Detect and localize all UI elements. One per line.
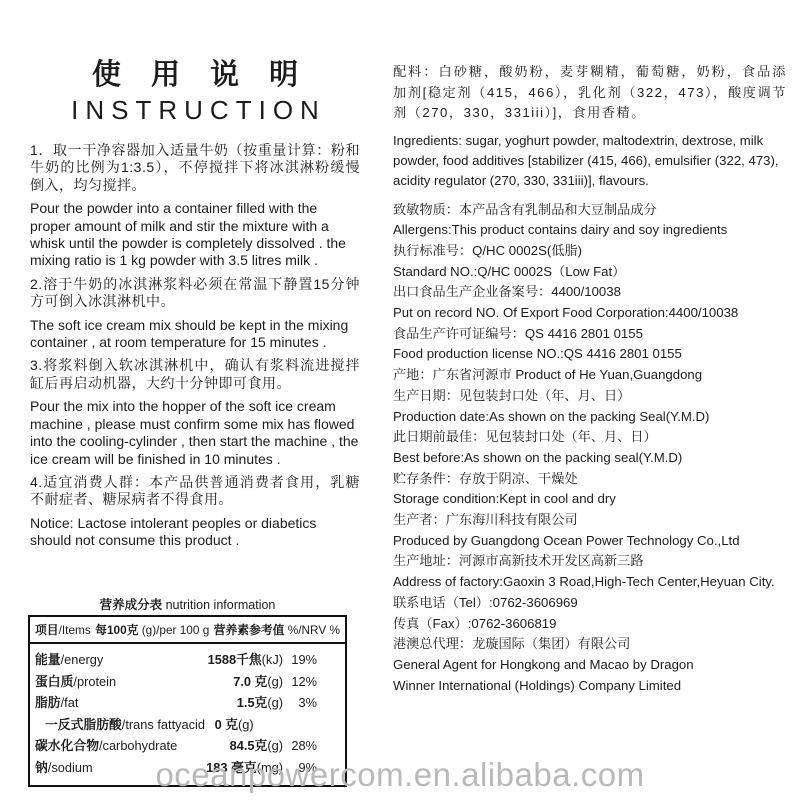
header-per-100g: 每100克 (g)/per 100 g: [95, 621, 209, 638]
table-row-carbohydrate: 碳水化合物/carbohydrate 84.5克(g) 28%: [35, 735, 341, 757]
detail-line-proddate-cn: 生产日期：见包装封口处（年、月、日）: [393, 386, 787, 407]
detail-line-agent-en-1: General Agent for Hongkong and Macao by …: [393, 655, 787, 676]
detail-line-producer-cn: 生产者：广东海川科技有限公司: [393, 510, 787, 531]
step-4-text-cn: 4.适宜消费人群：本产品供普通消费者食用，乳糖不耐症者、糖尿病者不得食用。: [30, 474, 360, 509]
instruction-step-2: 2.溶于牛奶的冰淇淋浆料必须在常温下静置15分钟方可倒入冰淇淋机中。 The s…: [30, 276, 360, 352]
nutrient-label: 蛋白质/protein: [35, 671, 183, 693]
nutrient-amount: 84.5克(g): [183, 735, 283, 757]
detail-line-record-en: Put on record NO. Of Export Food Corpora…: [393, 303, 787, 324]
nutrient-amount: 1588千焦(kJ): [183, 649, 283, 671]
nutrient-label: 脂肪/fat: [35, 692, 183, 714]
table-row-trans-fat: 一反式脂肪酸/trans fattyacid 0 克(g): [35, 714, 341, 736]
instruction-steps: 1．取一干净容器加入适量牛奶（按重量计算：粉和牛奶的比例为1:3.5），不停搅拌…: [30, 142, 360, 550]
detail-line-fax: 传真（Fax）:0762-3606819: [393, 614, 787, 635]
step-3-text-en: Pour the mix into the hopper of the soft…: [30, 398, 360, 468]
right-column: 配料：白砂糖，酸奶粉，麦芽糊精，葡萄糖，奶粉，食品添加剂[稳定剂（415，466…: [393, 62, 787, 696]
instruction-step-1: 1．取一干净容器加入适量牛奶（按重量计算：粉和牛奶的比例为1:3.5），不停搅拌…: [30, 142, 360, 270]
detail-line-proddate-en: Production date:As shown on the packing …: [393, 407, 787, 428]
detail-line-storage-cn: 贮存条件：存放于阴凉、干燥处: [393, 469, 787, 490]
nutrition-table-header: 项目/Items 每100克 (g)/per 100 g 营养素参考值 %/NR…: [30, 617, 345, 644]
detail-line-standard-en: Standard NO.:Q/HC 0002S（Low Fat）: [393, 262, 787, 283]
nutrient-nrv: 28%: [283, 735, 341, 757]
detail-line-bestbefore-en: Best before:As shown on the packing seal…: [393, 448, 787, 469]
nutrient-label: 能量/energy: [35, 649, 183, 671]
step-1-text-cn: 1．取一干净容器加入适量牛奶（按重量计算：粉和牛奶的比例为1:3.5），不停搅拌…: [30, 142, 360, 194]
detail-line-allergens-cn: 致敏物质：本产品含有乳制品和大豆制品成分: [393, 200, 787, 221]
table-row-energy: 能量/energy 1588千焦(kJ) 19%: [35, 649, 341, 671]
nutrient-label: 碳水化合物/carbohydrate: [35, 735, 183, 757]
detail-line-license-en: Food production license NO.:QS 4416 2801…: [393, 344, 787, 365]
header-items: 项目/Items: [35, 621, 91, 638]
detail-line-bestbefore-cn: 此日期前最佳：见包装封口处（年、月、日）: [393, 427, 787, 448]
step-2-text-cn: 2.溶于牛奶的冰淇淋浆料必须在常温下静置15分钟方可倒入冰淇淋机中。: [30, 276, 360, 311]
step-4-notice-en: Notice: Lactose intolerant peoples or di…: [30, 515, 360, 550]
nutrient-nrv: 12%: [283, 671, 341, 693]
table-row-protein: 蛋白质/protein 7.0 克(g) 12%: [35, 671, 341, 693]
detail-line-address-en: Address of factory:Gaoxin 3 Road,High-Te…: [393, 572, 787, 593]
page-title-cn: 使 用 说 明: [30, 58, 360, 92]
nutrient-amount: 0 克(g): [215, 717, 254, 732]
nutrient-amount: 7.0 克(g): [183, 671, 283, 693]
detail-line-storage-en: Storage condition:Kept in cool and dry: [393, 489, 787, 510]
nutrition-table-title: 营养成分表 nutrition information: [28, 597, 347, 613]
step-2-text-en: The soft ice cream mix should be kept in…: [30, 317, 360, 352]
detail-line-origin: 产地：广东省河源市 Product of He Yuan,Guangdong: [393, 365, 787, 386]
nutrition-title-cn: 营养成分表: [100, 598, 163, 612]
nutrient-nrv: 3%: [283, 692, 341, 714]
detail-line-license-cn: 食品生产许可证编号：QS 4416 2801 0155: [393, 324, 787, 345]
detail-line-agent-cn: 港澳总代理：龙璇国际（集团）有限公司: [393, 634, 787, 655]
detail-line-allergens-en: Allergens:This product contains dairy an…: [393, 220, 787, 241]
ingredients-en: Ingredients: sugar, yoghurt powder, malt…: [393, 131, 787, 191]
watermark-text: oceanpowercom.en.alibaba.com: [0, 756, 800, 794]
detail-line-record-cn: 出口食品生产企业备案号：4400/10038: [393, 282, 787, 303]
ingredients-cn: 配料：白砂糖，酸奶粉，麦芽糊精，葡萄糖，奶粉，食品添加剂[稳定剂（415，466…: [393, 62, 787, 124]
product-detail-lines: 致敏物质：本产品含有乳制品和大豆制品成分 Allergens:This prod…: [393, 200, 787, 697]
table-row-fat: 脂肪/fat 1.5克(g) 3%: [35, 692, 341, 714]
detail-line-standard-cn: 执行标准号：Q/HC 0002S(低脂): [393, 241, 787, 262]
nutrient-nrv: 19%: [283, 649, 341, 671]
nutrient-label: 一反式脂肪酸/trans fattyacid: [45, 717, 205, 732]
step-3-text-cn: 3.将浆料倒入软冰淇淋机中，确认有浆料流进搅拌缸后再启动机器，大约十分钟即可食用…: [30, 357, 360, 392]
page-title-en: INSTRUCTION: [30, 94, 360, 126]
step-1-text-en: Pour the powder into a container filled …: [30, 200, 360, 270]
header-nrv: 营养素参考值 %/NRV %: [214, 621, 340, 638]
detail-line-agent-en-2: Winner International (Holdings) Company …: [393, 676, 787, 697]
instruction-label-page: 使 用 说 明 INSTRUCTION 1．取一干净容器加入适量牛奶（按重量计算…: [0, 0, 800, 800]
instruction-step-4: 4.适宜消费人群：本产品供普通消费者食用，乳糖不耐症者、糖尿病者不得食用。 No…: [30, 474, 360, 550]
instruction-step-3: 3.将浆料倒入软冰淇淋机中，确认有浆料流进搅拌缸后再启动机器，大约十分钟即可食用…: [30, 357, 360, 467]
detail-line-tel: 联系电话（Tel）:0762-3606969: [393, 593, 787, 614]
nutrition-title-en: nutrition information: [162, 598, 275, 612]
left-column: 使 用 说 明 INSTRUCTION 1．取一干净容器加入适量牛奶（按重量计算…: [30, 58, 360, 556]
detail-line-producer-en: Produced by Guangdong Ocean Power Techno…: [393, 531, 787, 552]
nutrient-amount: 1.5克(g): [183, 692, 283, 714]
detail-line-address-cn: 生产地址：河源市高新技术开发区高新三路: [393, 551, 787, 572]
